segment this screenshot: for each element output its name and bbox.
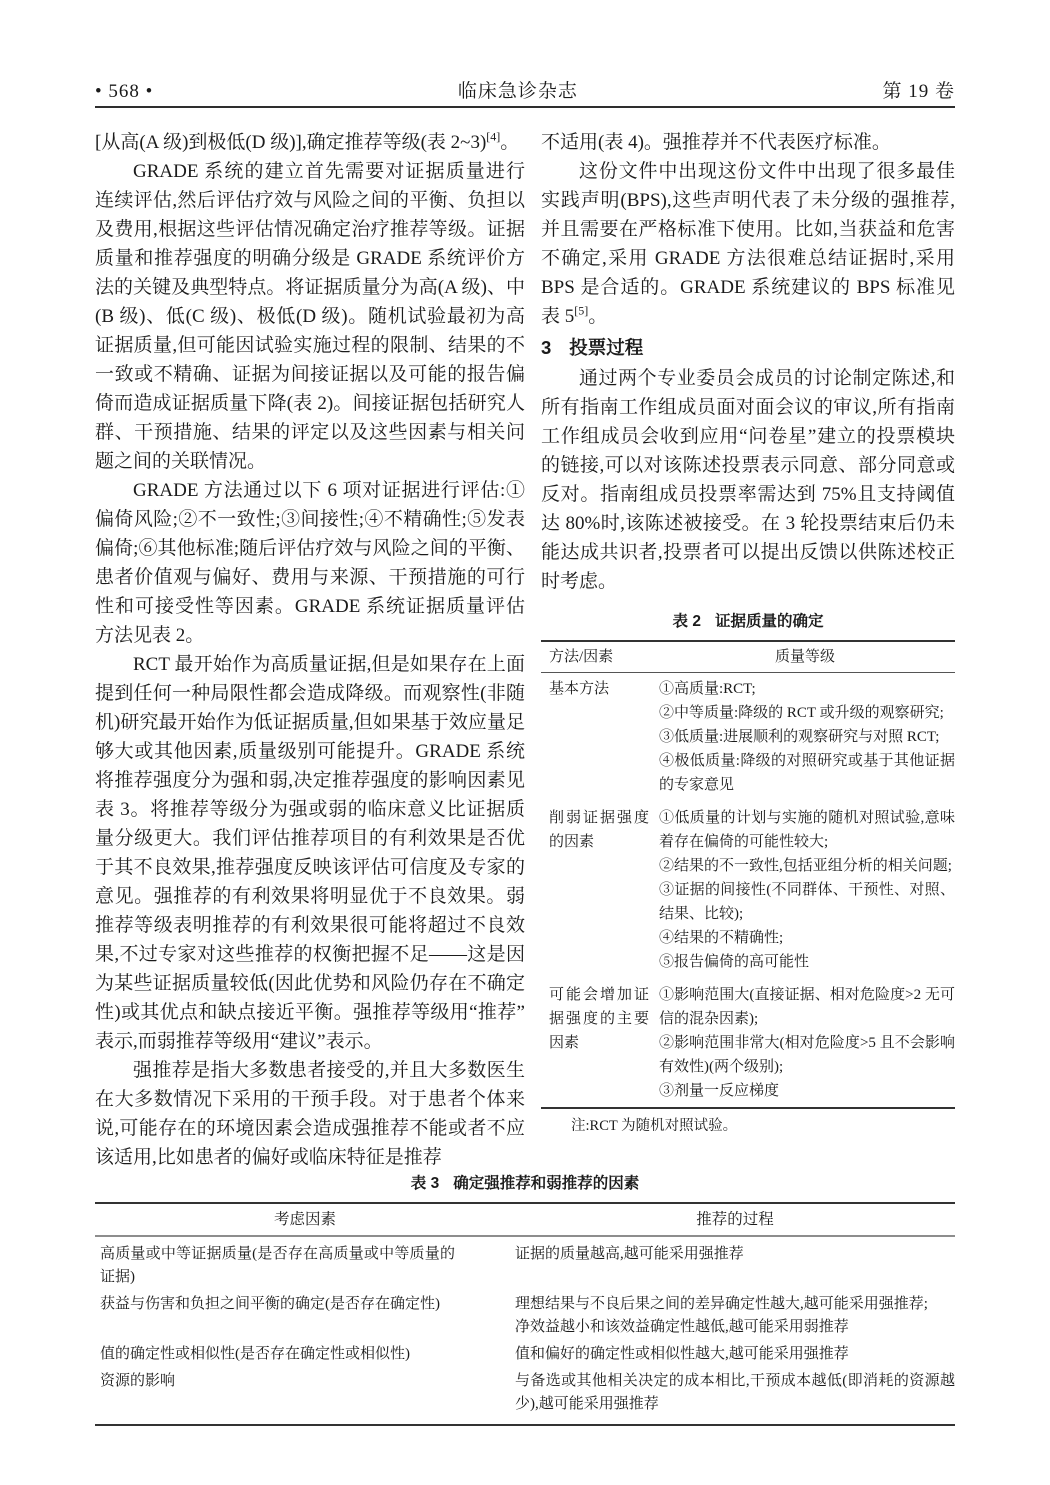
table-3-body: 高质量或中等证据质量(是否存在高质量或中等质量的证据) 证据的质量越高,越可能采… [95, 1237, 955, 1424]
section-title: 投票过程 [569, 337, 643, 358]
paragraph-text: 。 [500, 132, 519, 153]
list-item: ①影响范围大(直接证据、相对危险度>2 无可信的混杂因素); [659, 983, 955, 1031]
table-3-bottom-rule [95, 1424, 955, 1426]
list-item: 值和偏好的确定性或相似性越大,越可能采用强推荐 [515, 1343, 955, 1366]
table-2-col1-header: 方法/因素 [541, 645, 655, 669]
table-2-row-content: ①低质量的计划与实施的随机对照试验,意味着存在偏倚的可能性较大; ②结果的不一致… [659, 806, 955, 974]
table-2-body: 基本方法 ①高质量:RCT; ②中等质量:降级的 RCT 或升级的观察研究; ③… [541, 673, 955, 1107]
table-2-row-content: ①高质量:RCT; ②中等质量:降级的 RCT 或升级的观察研究; ③低质量:进… [659, 677, 955, 797]
table-3-process-cell: 与备选或其他相关决定的成本相比,干预成本越低(即消耗的资源越少),越可能采用强推… [515, 1370, 955, 1416]
citation-ref-5: [5] [574, 304, 588, 318]
list-item: 与备选或其他相关决定的成本相比,干预成本越低(即消耗的资源越少),越可能采用强推… [515, 1370, 955, 1416]
table-2-row-label: 可能会增加证据强度的主要因素 [549, 983, 649, 1103]
citation-ref-4: [4] [486, 130, 500, 144]
table-2-evidence-quality: 表 2证据质量的确定 方法/因素 质量等级 基本方法 ①高质量:RCT; ②中等… [541, 610, 955, 1139]
list-item: ①高质量:RCT; [659, 677, 955, 701]
table-3-col2-header: 推荐的过程 [515, 1208, 955, 1231]
page-number: • 568 • [95, 81, 153, 103]
table-3-factor-cell: 资源的影响 [100, 1370, 455, 1416]
paragraph: [从高(A 级)到极低(D 级)],确定推荐等级(表 2~3)[4]。 [95, 128, 525, 157]
paragraph: GRADE 系统的建立首先需要对证据质量进行连续评估,然后评估疗效与风险之间的平… [95, 157, 525, 476]
list-item: ④极低质量:降级的对照研究或基于其他证据的专家意见 [659, 749, 955, 797]
paragraph-text: [从高(A 级)到极低(D 级)],确定推荐等级(表 2~3) [95, 132, 486, 153]
list-item: ⑤报告偏倚的高可能性 [659, 950, 955, 974]
table-3-header-row: 考虑因素 推荐的过程 [95, 1204, 955, 1235]
table-row: 获益与伤害和负担之间平衡的确定(是否存在确定性) 理想结果与不良后果之间的差异确… [95, 1293, 955, 1339]
paragraph: 强推荐是指大多数患者接受的,并且大多数医生在大多数情况下采用的干预手段。对于患者… [95, 1056, 525, 1172]
list-item: ④结果的不精确性; [659, 926, 955, 950]
list-item: ②中等质量:降级的 RCT 或升级的观察研究; [659, 701, 955, 725]
paragraph-text: 这份文件中出现这份文件中出现了很多最佳实践声明(BPS),这些声明代表了未分级的… [541, 161, 955, 327]
paragraph: RCT 最开始作为高质量证据,但是如果存在上面提到任何一种局限性都会造成降级。而… [95, 650, 525, 1056]
left-column: [从高(A 级)到极低(D 级)],确定推荐等级(表 2~3)[4]。 GRAD… [95, 128, 525, 1172]
table-3-factor-cell: 获益与伤害和负担之间平衡的确定(是否存在确定性) [100, 1293, 455, 1339]
table-2-header-row: 方法/因素 质量等级 [541, 642, 955, 672]
volume-number: 第 19 卷 [882, 76, 955, 103]
table-row: 高质量或中等证据质量(是否存在高质量或中等质量的证据) 证据的质量越高,越可能采… [95, 1243, 955, 1289]
section-number: 3 [541, 337, 551, 358]
journal-title: 临床急诊杂志 [458, 76, 578, 103]
paragraph: 不适用(表 4)。强推荐并不代表医疗标准。 [541, 128, 955, 157]
right-column: 不适用(表 4)。强推荐并不代表医疗标准。 这份文件中出现这份文件中出现了很多最… [541, 128, 955, 1172]
table-2-row-content: ①影响范围大(直接证据、相对危险度>2 无可信的混杂因素); ②影响范围非常大(… [659, 983, 955, 1103]
list-item: ③剂量一反应梯度 [659, 1079, 955, 1103]
table-2-row-label: 削弱证据强度的因素 [549, 806, 649, 974]
table-2-note: 注:RCT 为随机对照试验。 [541, 1109, 955, 1139]
table-row: 基本方法 ①高质量:RCT; ②中等质量:降级的 RCT 或升级的观察研究; ③… [541, 677, 955, 797]
table-2-row-label: 基本方法 [549, 677, 649, 797]
section-heading-voting: 3投票过程 [541, 332, 955, 363]
table-2-label: 表 2 [673, 613, 701, 630]
table-3-factor-cell: 值的确定性或相似性(是否存在确定性或相似性) [100, 1343, 455, 1366]
list-item: ③证据的间接性(不同群体、干预性、对照、结果、比较); [659, 878, 955, 926]
list-item: 证据的质量越高,越可能采用强推荐 [515, 1243, 955, 1266]
table-3-process-cell: 证据的质量越高,越可能采用强推荐 [515, 1243, 955, 1289]
article-body: [从高(A 级)到极低(D 级)],确定推荐等级(表 2~3)[4]。 GRAD… [95, 128, 955, 1172]
paragraph: 通过两个专业委员会成员的讨论制定陈述,和所有指南工作组成员面对面会议的审议,所有… [541, 364, 955, 596]
table-2-caption: 表 2证据质量的确定 [541, 610, 955, 634]
paragraph: 这份文件中出现这份文件中出现了很多最佳实践声明(BPS),这些声明代表了未分级的… [541, 157, 955, 331]
table-row: 值的确定性或相似性(是否存在确定性或相似性) 值和偏好的确定性或相似性越大,越可… [95, 1343, 955, 1366]
journal-page: { "header": { "page_no": "• 568 •", "jou… [0, 0, 1050, 1485]
table-3-factor-cell: 高质量或中等证据质量(是否存在高质量或中等质量的证据) [100, 1243, 455, 1289]
table-3-process-cell: 值和偏好的确定性或相似性越大,越可能采用强推荐 [515, 1343, 955, 1366]
list-item: ②结果的不一致性,包括亚组分析的相关问题; [659, 854, 955, 878]
table-row: 削弱证据强度的因素 ①低质量的计划与实施的随机对照试验,意味着存在偏倚的可能性较… [541, 806, 955, 974]
table-row: 资源的影响 与备选或其他相关决定的成本相比,干预成本越低(即消耗的资源越少),越… [95, 1370, 955, 1416]
list-item: ②影响范围非常大(相对危险度>5 且不会影响有效性)(两个级别); [659, 1031, 955, 1079]
table-3-process-cell: 理想结果与不良后果之间的差异确定性越大,越可能采用强推荐; 净效益越小和该效益确… [515, 1293, 955, 1339]
list-item: ③低质量:进展顺利的观察研究与对照 RCT; [659, 725, 955, 749]
running-head: • 568 • 临床急诊杂志 第 19 卷 [95, 76, 955, 103]
table-row: 可能会增加证据强度的主要因素 ①影响范围大(直接证据、相对危险度>2 无可信的混… [541, 983, 955, 1103]
paragraph-text: 。 [588, 306, 607, 327]
table-2-col2-header: 质量等级 [655, 645, 955, 669]
table-3-col1-header: 考虑因素 [95, 1208, 515, 1231]
paragraph: GRADE 方法通过以下 6 项对证据进行评估:①偏倚风险;②不一致性;③间接性… [95, 476, 525, 650]
table-3-label: 表 3 [411, 1175, 439, 1192]
table-2-title: 证据质量的确定 [715, 613, 824, 630]
table-3-title: 确定强推荐和弱推荐的因素 [453, 1175, 639, 1192]
header-rule [95, 106, 955, 108]
table-3-recommendation-factors: 表 3确定强推荐和弱推荐的因素 考虑因素 推荐的过程 高质量或中等证据质量(是否… [95, 1172, 955, 1426]
table-3-caption: 表 3确定强推荐和弱推荐的因素 [95, 1172, 955, 1196]
list-item: ①低质量的计划与实施的随机对照试验,意味着存在偏倚的可能性较大; [659, 806, 955, 854]
list-item: 净效益越小和该效益确定性越低,越可能采用弱推荐 [515, 1316, 955, 1339]
list-item: 理想结果与不良后果之间的差异确定性越大,越可能采用强推荐; [515, 1293, 955, 1316]
